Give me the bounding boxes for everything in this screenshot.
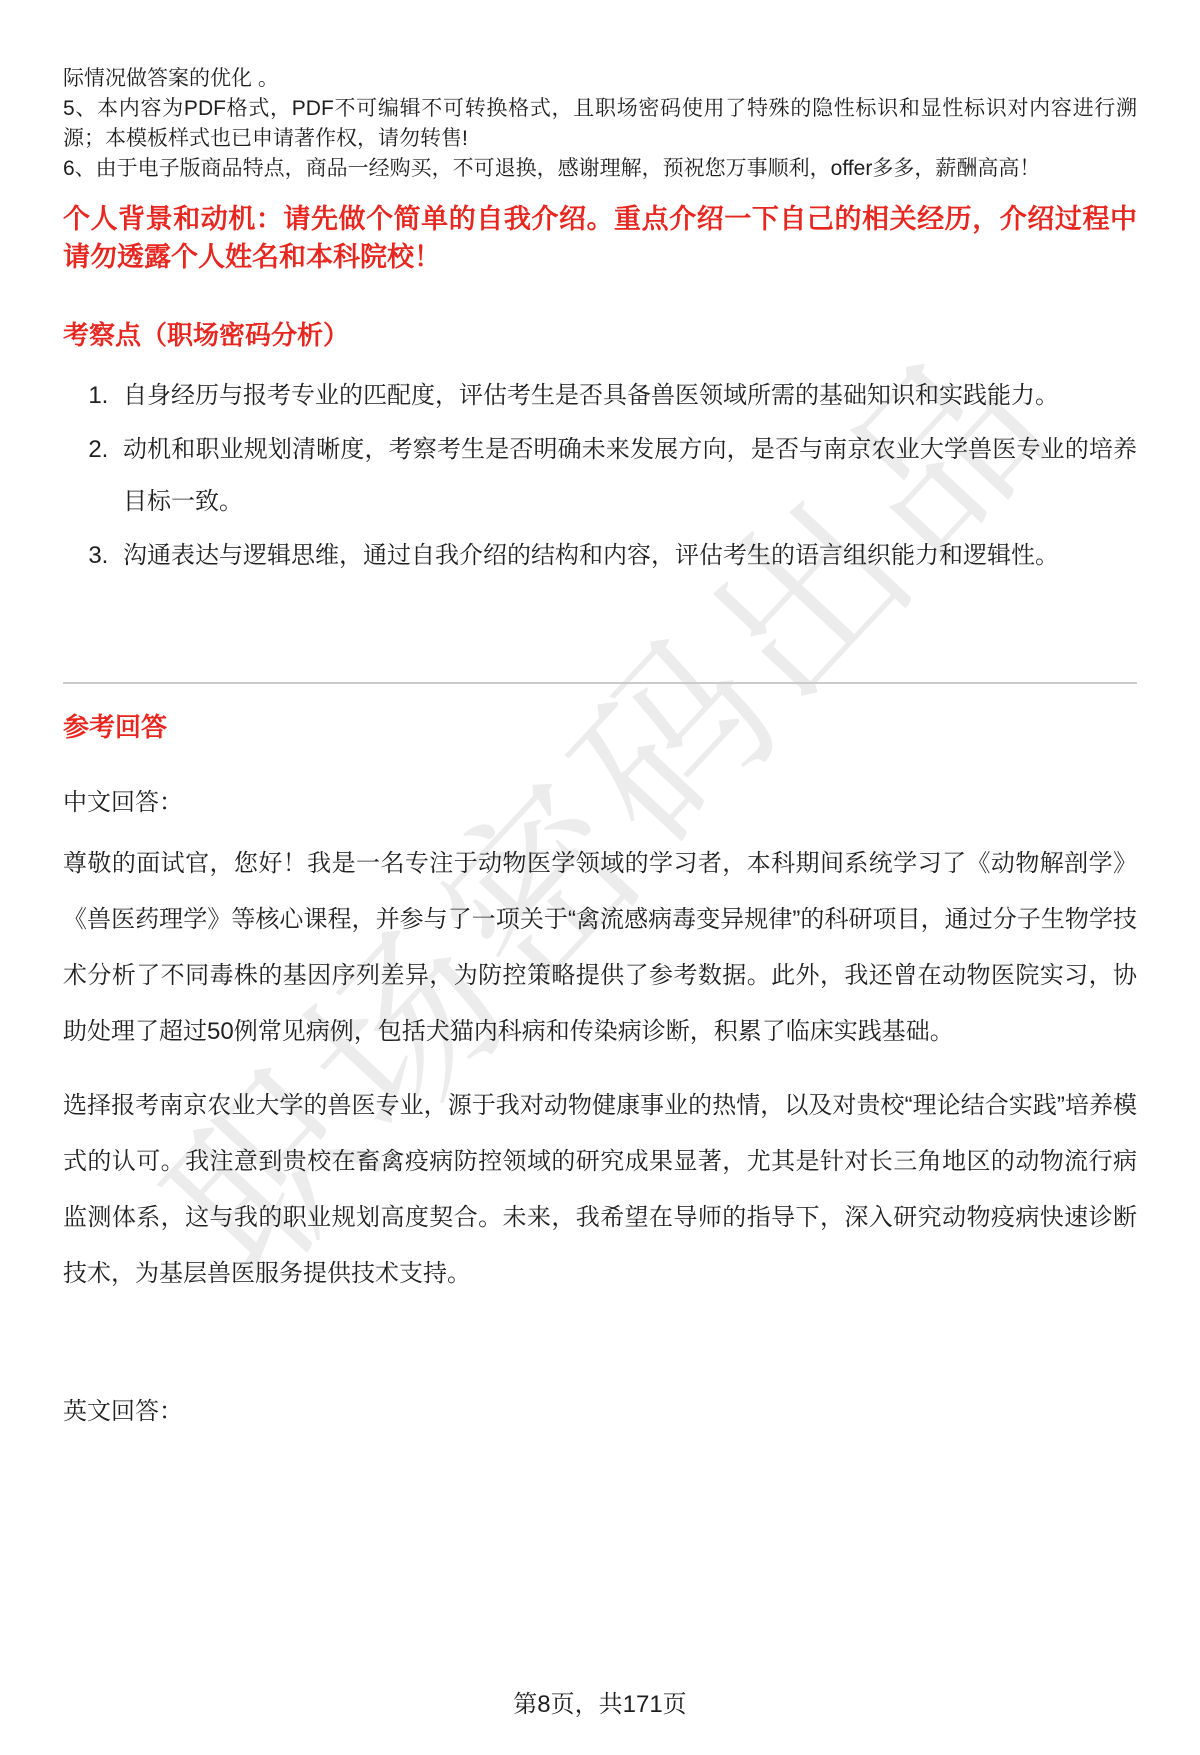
answer-section-heading: 参考回答 bbox=[63, 710, 1137, 744]
notice-item-5: 5、本内容为PDF格式，PDF不可编辑不可转换格式，且职场密码使用了特殊的隐性标… bbox=[63, 94, 1137, 154]
section-divider bbox=[63, 682, 1137, 684]
answer-paragraph-1: 尊敬的面试官，您好！我是一名专注于动物医学领域的学习者，本科期间系统学习了《动物… bbox=[63, 836, 1137, 1060]
question-title: 个人背景和动机：请先做个简单的自我介绍。重点介绍一下自己的相关经历，介绍过程中请… bbox=[63, 200, 1137, 276]
english-answer-label: 英文回答： bbox=[63, 1397, 1137, 1427]
page-content: 际情况做答案的优化 。 5、本内容为PDF格式，PDF不可编辑不可转换格式，且职… bbox=[0, 0, 1200, 1427]
analysis-section-heading: 考察点（职场密码分析） bbox=[63, 318, 1137, 352]
notice-item-6: 6、由于电子版商品特点，商品一经购买，不可退换，感谢理解，预祝您万事顺利，off… bbox=[63, 154, 1137, 184]
analysis-points-list: 自身经历与报考专业的匹配度，评估考生是否具备兽医领域所需的基础知识和实践能力。 … bbox=[63, 370, 1137, 582]
analysis-point-2: 动机和职业规划清晰度，考察考生是否明确未来发展方向，是否与南京农业大学兽医专业的… bbox=[115, 424, 1137, 528]
analysis-point-3: 沟通表达与逻辑思维，通过自我介绍的结构和内容，评估考生的语言组织能力和逻辑性。 bbox=[115, 530, 1137, 582]
analysis-point-1: 自身经历与报考专业的匹配度，评估考生是否具备兽医领域所需的基础知识和实践能力。 bbox=[115, 370, 1137, 422]
chinese-answer-label: 中文回答： bbox=[63, 788, 1137, 818]
notice-continuation-line: 际情况做答案的优化 。 bbox=[63, 64, 1137, 94]
document-page: 职场密码出品 际情况做答案的优化 。 5、本内容为PDF格式，PDF不可编辑不可… bbox=[0, 0, 1200, 1755]
page-number-footer: 第8页，共171页 bbox=[0, 1684, 1200, 1719]
answer-paragraph-2: 选择报考南京农业大学的兽医专业，源于我对动物健康事业的热情，以及对贵校“理论结合… bbox=[63, 1078, 1137, 1302]
